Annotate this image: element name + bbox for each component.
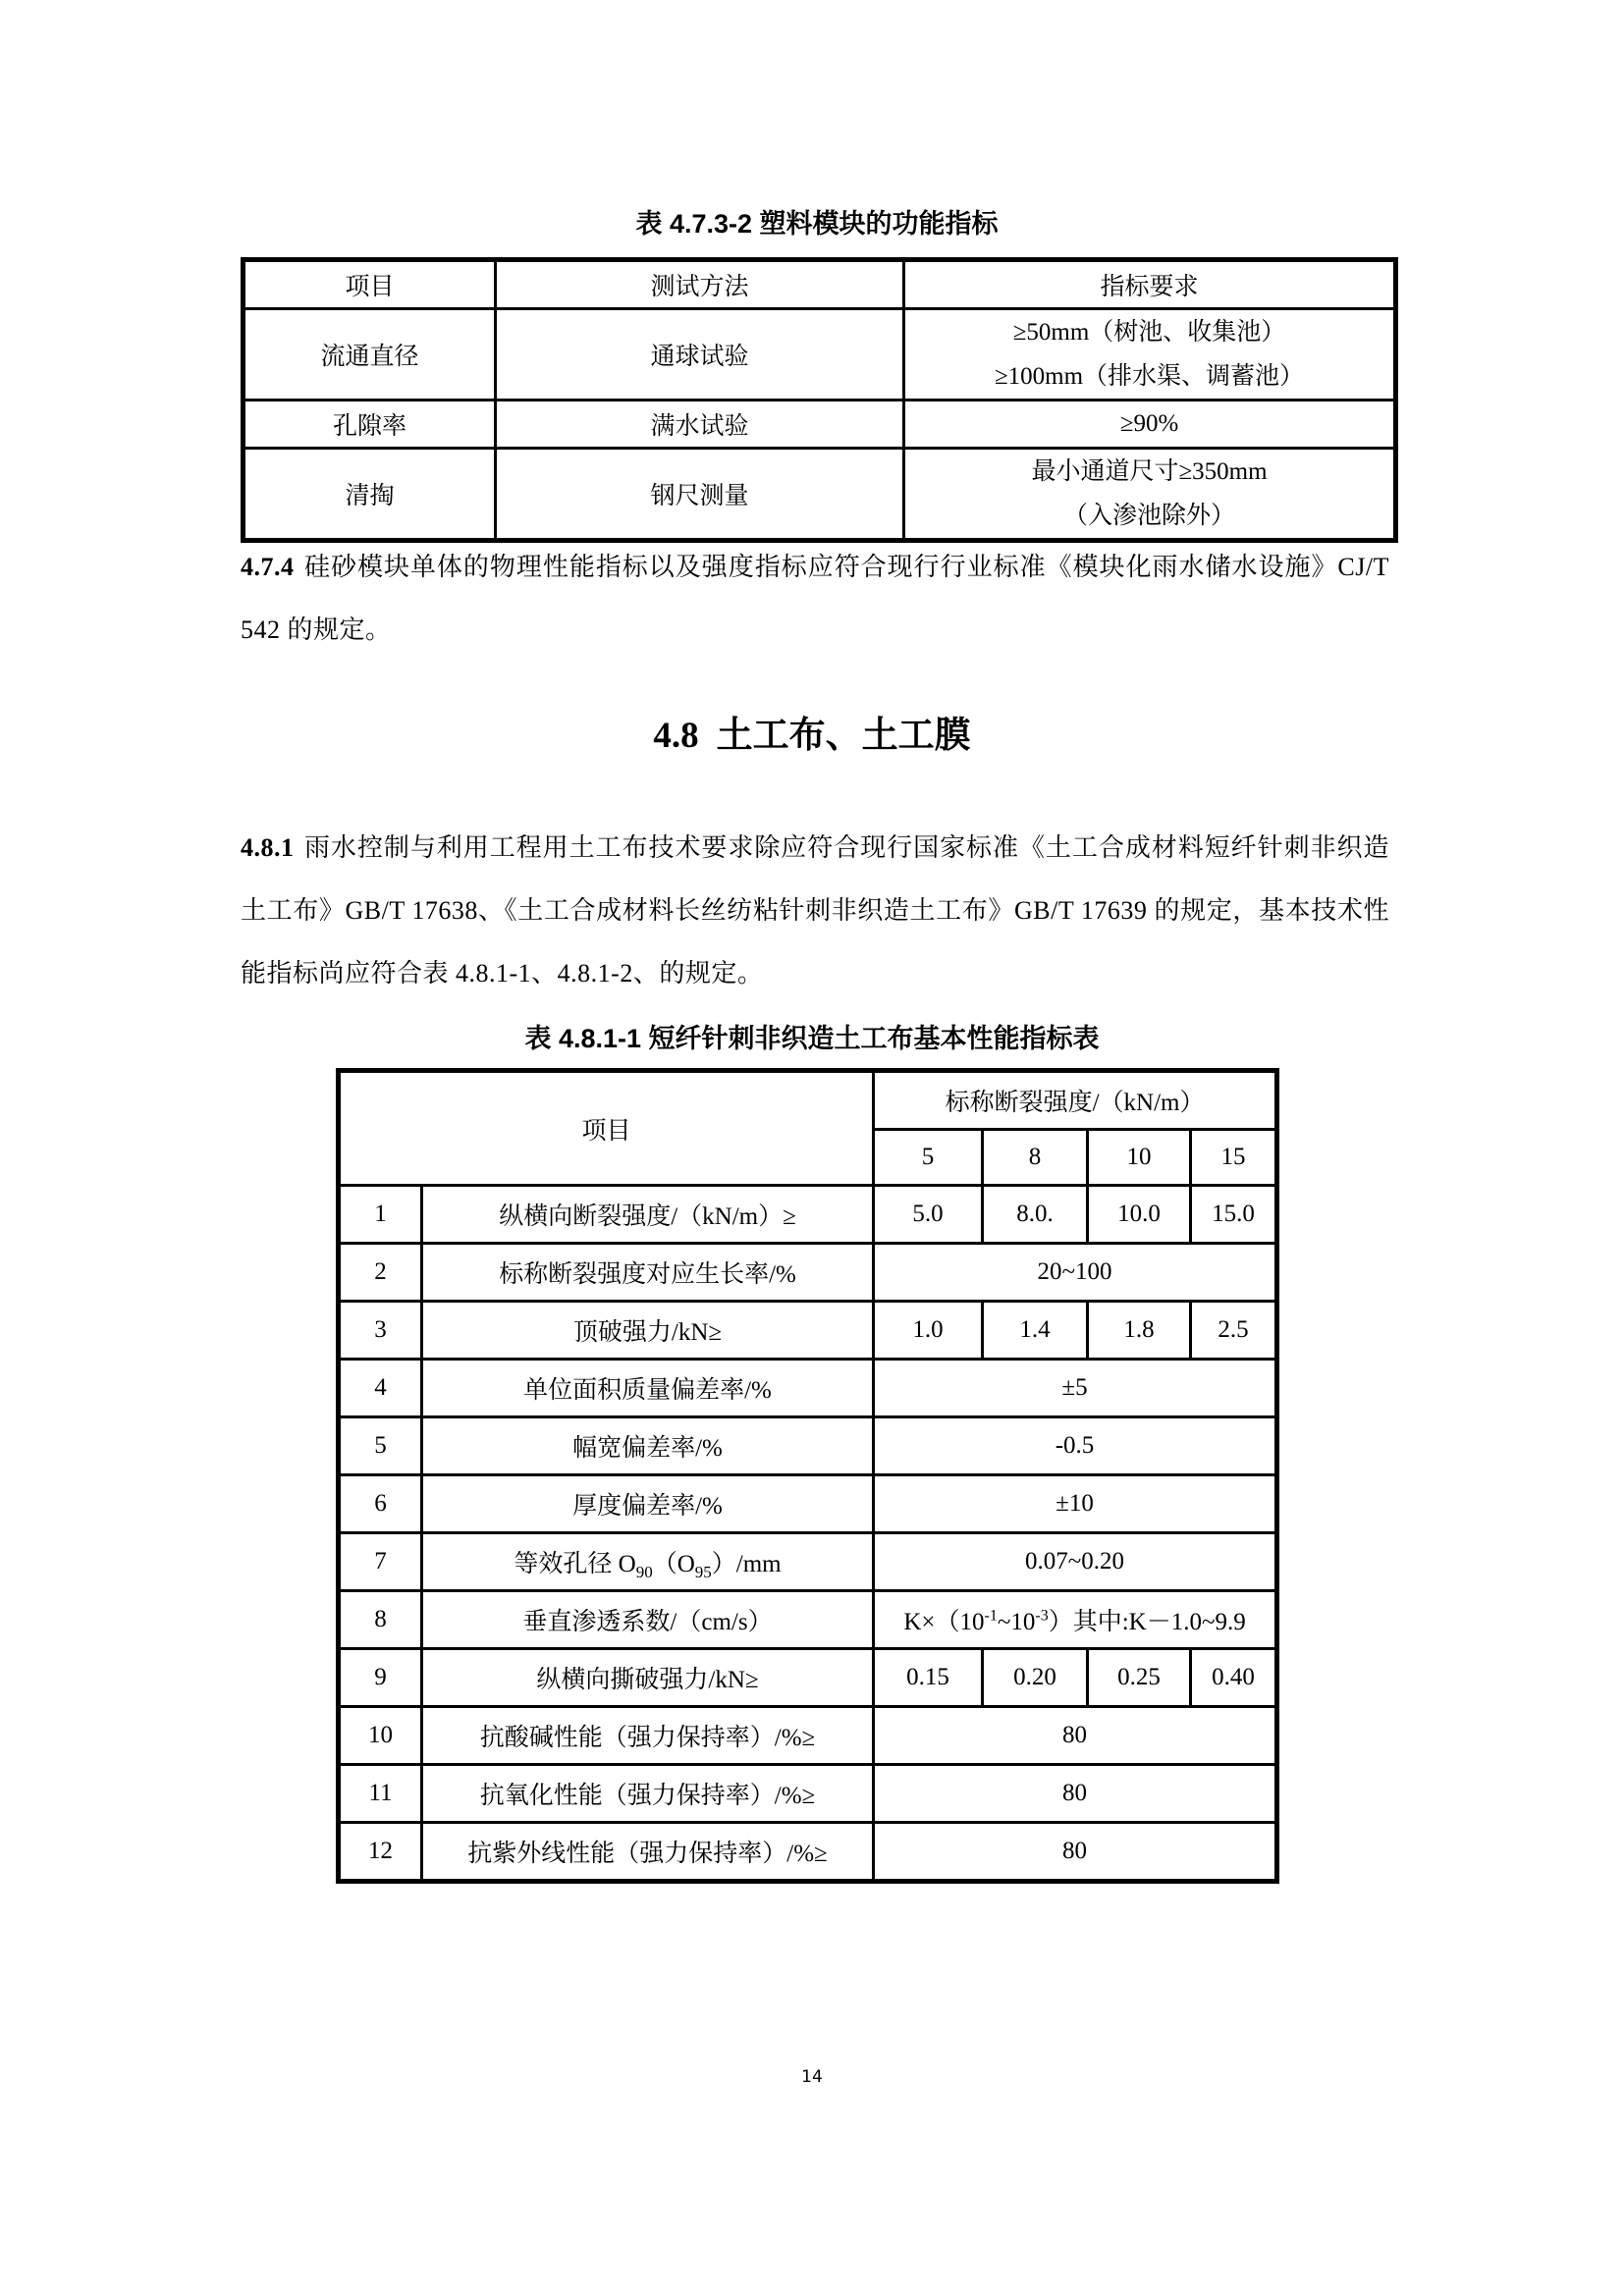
page-number: 14 <box>0 2067 1624 2087</box>
geotextile-performance-table: 项目 标称断裂强度/（kN/m） 5 8 10 15 1 纵横向断裂强度/（kN… <box>336 1068 1279 1884</box>
table-row: 5 幅宽偏差率/% -0.5 <box>339 1417 1277 1475</box>
row-number: 11 <box>339 1765 422 1823</box>
strength-grade: 5 <box>874 1130 983 1186</box>
value-superscript: -1 <box>985 1608 998 1625</box>
row-number: 9 <box>339 1649 422 1707</box>
table-cell: 最小通道尺寸≥350mm （入渗池除外） <box>904 449 1396 541</box>
table-cell: 钢尺测量 <box>496 449 904 541</box>
value-cell: 1.0 <box>874 1302 983 1360</box>
row-number: 10 <box>339 1707 422 1765</box>
table-row: 流通直径 通球试验 ≥50mm（树池、收集池） ≥100mm（排水渠、调蓄池） <box>244 309 1396 400</box>
table-header-row: 项目 测试方法 指标要求 <box>244 260 1396 309</box>
section-number: 4.8 <box>653 716 698 756</box>
table-row: 8 垂直渗透系数/（cm/s） K×（10-1~10-3）其中:K－1.0~9.… <box>339 1591 1277 1649</box>
item-label: 厚度偏差率/% <box>422 1475 874 1533</box>
paragraph-4-7-4: 4.7.4硅砂模块单体的物理性能指标以及强度指标应符合现行行业标准《模块化雨水储… <box>241 536 1389 662</box>
item-label: 纵横向撕破强力/kN≥ <box>422 1649 874 1707</box>
value-cell: 8.0. <box>983 1186 1088 1244</box>
table-row: 4 单位面积质量偏差率/% ±5 <box>339 1360 1277 1417</box>
row-number: 6 <box>339 1475 422 1533</box>
table-row: 6 厚度偏差率/% ±10 <box>339 1475 1277 1533</box>
value-cell: 80 <box>874 1765 1277 1823</box>
value-cell: 80 <box>874 1707 1277 1765</box>
value-cell: 20~100 <box>874 1244 1277 1302</box>
clause-number: 4.8.1 <box>241 833 295 862</box>
value-cell: ±10 <box>874 1475 1277 1533</box>
item-label: 标称断裂强度对应生长率/% <box>422 1244 874 1302</box>
strength-grade: 15 <box>1191 1130 1277 1186</box>
table-row: 1 纵横向断裂强度/（kN/m）≥ 5.0 8.0. 10.0 15.0 <box>339 1186 1277 1244</box>
value-cell: 0.25 <box>1088 1649 1191 1707</box>
column-header-item: 项目 <box>244 260 496 309</box>
row-number: 5 <box>339 1417 422 1475</box>
clause-number: 4.7.4 <box>241 553 295 581</box>
clause-text: 硅砂模块单体的物理性能指标以及强度指标应符合现行行业标准《模块化雨水储水设施》C… <box>241 553 1389 644</box>
item-label: 抗紫外线性能（强力保持率）/%≥ <box>422 1823 874 1882</box>
item-label: 单位面积质量偏差率/% <box>422 1360 874 1417</box>
column-header-item: 项目 <box>339 1071 874 1186</box>
item-label: 等效孔径 O90（O95）/mm <box>422 1533 874 1591</box>
value-cell: K×（10-1~10-3）其中:K－1.0~9.9 <box>874 1591 1277 1649</box>
row-number: 4 <box>339 1360 422 1417</box>
row-number: 1 <box>339 1186 422 1244</box>
table-row: 11 抗氧化性能（强力保持率）/%≥ 80 <box>339 1765 1277 1823</box>
plastic-module-performance-table: 项目 测试方法 指标要求 流通直径 通球试验 ≥50mm（树池、收集池） ≥10… <box>241 257 1398 543</box>
row-number: 8 <box>339 1591 422 1649</box>
item-label: 抗酸碱性能（强力保持率）/%≥ <box>422 1707 874 1765</box>
paragraph-4-8-1: 4.8.1雨水控制与利用工程用土工布技术要求除应符合现行国家标准《土工合成材料短… <box>241 817 1389 1005</box>
item-label: 纵横向断裂强度/（kN/m）≥ <box>422 1186 874 1244</box>
value-cell: 1.4 <box>983 1302 1088 1360</box>
item-label: 垂直渗透系数/（cm/s） <box>422 1591 874 1649</box>
table-cell: 清掏 <box>244 449 496 541</box>
table-cell: 满水试验 <box>496 400 904 449</box>
item-label: 顶破强力/kN≥ <box>422 1302 874 1360</box>
label-text: ）/mm <box>712 1551 782 1577</box>
value-superscript: -3 <box>1035 1608 1048 1625</box>
label-text: 等效孔径 O <box>514 1551 635 1577</box>
table-row: 10 抗酸碱性能（强力保持率）/%≥ 80 <box>339 1707 1277 1765</box>
value-cell: 0.15 <box>874 1649 983 1707</box>
label-subscript: 95 <box>695 1563 712 1581</box>
table-cell: 通球试验 <box>496 309 904 400</box>
value-cell: 10.0 <box>1088 1186 1191 1244</box>
value-cell: 80 <box>874 1823 1277 1882</box>
table-row: 孔隙率 满水试验 ≥90% <box>244 400 1396 449</box>
row-number: 3 <box>339 1302 422 1360</box>
value-cell: 2.5 <box>1191 1302 1277 1360</box>
label-text: （O <box>653 1551 695 1577</box>
strength-grade: 8 <box>983 1130 1088 1186</box>
value-cell: 5.0 <box>874 1186 983 1244</box>
item-label: 幅宽偏差率/% <box>422 1417 874 1475</box>
table-row: 2 标称断裂强度对应生长率/% 20~100 <box>339 1244 1277 1302</box>
value-cell: 15.0 <box>1191 1186 1277 1244</box>
value-cell: 1.8 <box>1088 1302 1191 1360</box>
value-cell: 0.40 <box>1191 1649 1277 1707</box>
column-header-method: 测试方法 <box>496 260 904 309</box>
table-row: 7 等效孔径 O90（O95）/mm 0.07~0.20 <box>339 1533 1277 1591</box>
clause-text: 雨水控制与利用工程用土工布技术要求除应符合现行国家标准《土工合成材料短纤针刺非织… <box>241 833 1389 988</box>
table1-title: 表 4.7.3-2 塑料模块的功能指标 <box>241 204 1393 243</box>
table-row: 清掏 钢尺测量 最小通道尺寸≥350mm （入渗池除外） <box>244 449 1396 541</box>
table-cell: 孔隙率 <box>244 400 496 449</box>
row-number: 7 <box>339 1533 422 1591</box>
table-row: 3 顶破强力/kN≥ 1.0 1.4 1.8 2.5 <box>339 1302 1277 1360</box>
row-number: 2 <box>339 1244 422 1302</box>
value-cell: ±5 <box>874 1360 1277 1417</box>
value-text: ）其中:K－1.0~9.9 <box>1049 1609 1246 1635</box>
table-cell: 流通直径 <box>244 309 496 400</box>
value-text: ~10 <box>998 1609 1036 1635</box>
requirement-line: 最小通道尺寸≥350mm <box>909 450 1389 494</box>
value-text: K×（10 <box>903 1609 984 1635</box>
section-heading-4-8: 4.8土工布、土工膜 <box>0 709 1624 764</box>
row-number: 12 <box>339 1823 422 1882</box>
section-title: 土工布、土工膜 <box>717 716 971 756</box>
table-row: 9 纵横向撕破强力/kN≥ 0.15 0.20 0.25 0.40 <box>339 1649 1277 1707</box>
value-cell: -0.5 <box>874 1417 1277 1475</box>
label-subscript: 90 <box>636 1563 653 1581</box>
requirement-line: （入渗池除外） <box>909 494 1389 538</box>
table-cell: ≥50mm（树池、收集池） ≥100mm（排水渠、调蓄池） <box>904 309 1396 400</box>
document-page: 表 4.7.3-2 塑料模块的功能指标 项目 测试方法 指标要求 流通直径 通球… <box>0 0 1624 2296</box>
strength-grade: 10 <box>1088 1130 1191 1186</box>
value-cell: 0.07~0.20 <box>874 1533 1277 1591</box>
table-header-row: 项目 标称断裂强度/（kN/m） <box>339 1071 1277 1130</box>
column-header-strength-group: 标称断裂强度/（kN/m） <box>874 1071 1277 1130</box>
item-label: 抗氧化性能（强力保持率）/%≥ <box>422 1765 874 1823</box>
value-cell: 0.20 <box>983 1649 1088 1707</box>
requirement-line: ≥100mm（排水渠、调蓄池） <box>909 354 1389 399</box>
table2-title: 表 4.8.1-1 短纤针刺非织造土工布基本性能指标表 <box>0 1019 1624 1058</box>
requirement-line: ≥50mm（树池、收集池） <box>909 310 1389 354</box>
column-header-requirement: 指标要求 <box>904 260 1396 309</box>
table-cell: ≥90% <box>904 400 1396 449</box>
table-row: 12 抗紫外线性能（强力保持率）/%≥ 80 <box>339 1823 1277 1882</box>
